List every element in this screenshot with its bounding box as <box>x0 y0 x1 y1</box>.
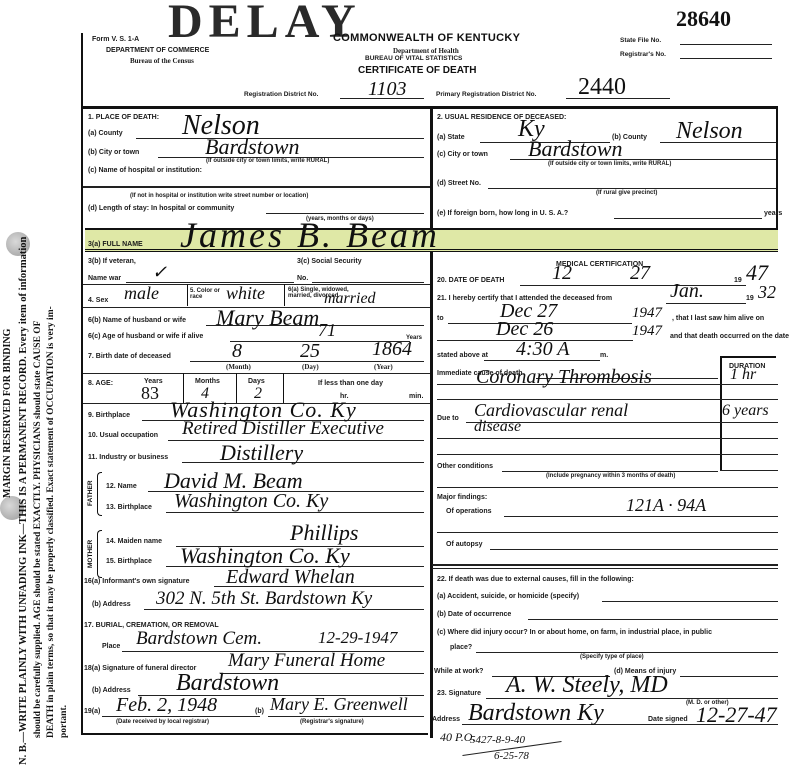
received-value[interactable]: Feb. 2, 1948 <box>116 694 217 717</box>
res-foreign-suffix: years <box>764 210 782 217</box>
age-label: 8. AGE: <box>88 380 113 387</box>
years-value[interactable]: 83 <box>141 383 159 404</box>
director-address-label: (b) Address <box>92 687 131 694</box>
duration-bottom <box>720 470 778 471</box>
father-brace <box>97 472 102 516</box>
reg-district-value[interactable]: 1103 <box>368 78 407 101</box>
mother-tag: MOTHER <box>87 540 94 568</box>
color-label: 5. Color or race <box>190 288 222 300</box>
work-label: While at work? <box>434 668 483 675</box>
margin-instruction-2: should be carefully supplied. AGE should… <box>33 321 43 739</box>
department-commerce: DEPARTMENT OF COMMERCE <box>106 47 209 54</box>
due-to-duration[interactable]: 6 years <box>722 402 769 420</box>
hospital-label: (c) Name of hospital or institution: <box>88 167 202 174</box>
res-state-label: (a) State <box>437 134 465 141</box>
other-label: Other conditions <box>437 463 493 470</box>
means-line[interactable] <box>680 676 778 677</box>
industry-value[interactable]: Distillery <box>220 440 303 466</box>
birth-label: 7. Birth date of deceased <box>88 353 171 360</box>
min-label: min. <box>409 393 423 400</box>
signature-label: 23. Signature <box>437 690 481 697</box>
file-number-stamp: 28640 <box>676 6 731 32</box>
mother-brace <box>97 530 102 578</box>
margin-binding-note: MARGIN RESERVED FOR BINDING <box>2 329 13 498</box>
occupation-label: 10. Usual occupation <box>88 432 158 439</box>
other-line[interactable] <box>502 471 718 472</box>
death-date-line <box>520 285 746 286</box>
registrar-no-field[interactable] <box>680 58 772 59</box>
father-birthplace-value[interactable]: Washington Co. Ky <box>174 490 328 513</box>
external-heading: 22. If death was due to external causes,… <box>437 576 634 583</box>
date-signed-value[interactable]: 12-27-47 <box>696 702 777 728</box>
months-label: Months <box>195 378 220 385</box>
registrar-label: (b) <box>255 708 264 715</box>
immediate-duration[interactable]: 1 hr <box>730 366 756 384</box>
due-to-label: Due to <box>437 415 459 422</box>
informant-sig-label: 16(a) Informant's own signature <box>84 578 190 585</box>
birth-day-label: (Day) <box>302 363 319 371</box>
death-city-note: (If outside city or town limits, write R… <box>206 158 329 164</box>
death-city-value[interactable]: Bardstown <box>205 134 300 160</box>
operations-label: Of operations <box>446 508 492 515</box>
reg-district-label: Registration District No. <box>244 91 318 98</box>
full-name-value[interactable]: James B. Beam <box>180 214 440 256</box>
burial-place-value[interactable]: Bardstown Cem. <box>136 628 262 650</box>
section1-divider <box>83 186 430 188</box>
bureau-census: Bureau of the Census <box>130 57 194 65</box>
occurrence-date-line[interactable] <box>528 619 778 620</box>
to-label: to <box>437 315 444 322</box>
department-health: Department of Health <box>393 47 459 55</box>
death-month[interactable]: 12 <box>552 262 572 285</box>
registrar-note: (Registrar's signature) <box>300 719 364 725</box>
war-label: Name war <box>88 275 121 282</box>
operations-line <box>504 516 778 517</box>
commonwealth-title: COMMONWEALTH OF KENTUCKY <box>333 32 520 44</box>
other-note: (Include pregnancy within 3 months of de… <box>546 473 675 479</box>
informant-sig-value[interactable]: Edward Whelan <box>226 566 355 589</box>
color-divider <box>284 284 285 306</box>
birth-year[interactable]: 1864 <box>372 338 412 361</box>
bureau-vital-statistics: BUREAU OF VITAL STATISTICS <box>365 55 462 62</box>
burial-place-label: Place <box>102 643 120 650</box>
death-year-prefix: 19 <box>734 277 742 284</box>
autopsy-line[interactable] <box>490 549 778 550</box>
sig-address-value[interactable]: Bardstown Ky <box>468 700 604 727</box>
autopsy-label: Of autopsy <box>446 541 483 548</box>
res-street-label: (d) Street No. <box>437 180 481 187</box>
time-suffix: m. <box>600 352 608 359</box>
operations-line-2 <box>437 532 778 533</box>
attended-to-year[interactable]: 1947 <box>632 305 662 322</box>
spouse-age-label: 6(c) Age of husband or wife if alive <box>88 333 203 340</box>
birth-month[interactable]: 8 <box>232 340 242 363</box>
occurrence-date-label: (b) Date of occurrence <box>437 611 511 618</box>
death-date-label: 20. DATE OF DEATH <box>437 277 504 284</box>
mother-birthplace-label: 15. Birthplace <box>106 558 152 565</box>
war-value[interactable]: ✓ <box>152 262 167 283</box>
death-city-label: (b) City or town <box>88 149 139 156</box>
res-city-value[interactable]: Bardstown <box>528 136 623 162</box>
occupation-value[interactable]: Retired Distiller Executive <box>182 418 384 440</box>
spouse-age-value[interactable]: 71 <box>318 320 336 341</box>
death-county-label: (a) County <box>88 130 123 137</box>
ss-line[interactable] <box>312 282 424 283</box>
color-value[interactable]: white <box>226 283 265 304</box>
attended-from-year-prefix: 19 <box>746 295 754 302</box>
res-foreign-line[interactable] <box>614 218 762 219</box>
medical-bottom-2 <box>432 568 778 569</box>
father-birthplace-label: 13. Birthplace <box>106 504 152 511</box>
marital-value[interactable]: married <box>324 290 376 308</box>
industry-label: 11. Industry or business <box>88 454 168 461</box>
place-note: (Specify type of place) <box>580 654 644 660</box>
attended-from-year[interactable]: 32 <box>758 282 776 303</box>
due-to-line-2 <box>437 438 778 439</box>
attended-from-line <box>666 303 746 304</box>
birth-month-label: (Month) <box>226 363 251 371</box>
registrar-value[interactable]: Mary E. Greenwell <box>270 694 408 715</box>
age-row-top <box>83 373 430 374</box>
major-label: Major findings: <box>437 494 487 501</box>
received-note: (Date received by local registrar) <box>116 719 209 725</box>
accident-label: (a) Accident, suicide, or homicide (spec… <box>437 593 579 600</box>
place-line[interactable] <box>476 652 778 653</box>
res-city-note: (If outside city or town limits, write R… <box>548 161 671 167</box>
received-label: 19(a) <box>84 708 100 715</box>
director-address-value[interactable]: Bardstown <box>176 670 279 697</box>
registrar-no-label: Registrar's No. <box>620 51 666 58</box>
margin-instruction-3: DEATH in plain terms, so that it may be … <box>46 306 56 738</box>
margin-instruction-1: N. B.—WRITE PLAINLY WITH UNFADING INK—TH… <box>18 237 29 765</box>
stated-above-label: stated above at <box>437 352 488 359</box>
where-label: (c) Where did injury occur? In or about … <box>437 629 712 636</box>
director-value[interactable]: Mary Funeral Home <box>228 650 385 672</box>
due-to-line-3 <box>437 454 778 455</box>
form-bottom-border <box>81 733 428 735</box>
sex-divider <box>187 284 188 306</box>
margin-instruction-4: portant. <box>59 705 69 738</box>
accident-line[interactable] <box>602 601 778 602</box>
hospital-note: (If not in hospital or institution write… <box>130 193 308 199</box>
less-day-label: If less than one day <box>318 380 383 387</box>
sex-label: 4. Sex <box>88 297 108 304</box>
operations-value[interactable]: 121A · 94A <box>626 495 706 516</box>
certificate-title: CERTIFICATE OF DEATH <box>358 65 477 76</box>
place-label: place? <box>450 644 472 651</box>
stay-label: (d) Length of stay: In hospital or commu… <box>88 205 234 212</box>
informant-address-value[interactable]: 302 N. 5th St. Bardstown Ky <box>156 588 372 610</box>
ss-label: 3(c) Social Security <box>297 258 362 265</box>
sig-address-label: Address <box>432 716 460 723</box>
attended-from[interactable]: Jan. <box>670 280 704 303</box>
signature-value[interactable]: A. W. Steely, MD <box>506 672 668 699</box>
burial-date-value[interactable]: 12-29-1947 <box>318 628 397 648</box>
father-tag: FATHER <box>87 480 94 506</box>
ss-no-label: No. <box>297 275 308 282</box>
form-left-border <box>81 33 83 733</box>
state-file-field[interactable] <box>680 44 772 45</box>
form-number: Form V. S. 1-A <box>92 36 139 43</box>
birth-day[interactable]: 25 <box>300 340 320 363</box>
father-name-label: 12. Name <box>106 483 137 490</box>
due-to-value-2[interactable]: disease <box>474 418 521 436</box>
death-day[interactable]: 27 <box>630 262 650 285</box>
other-line-2 <box>437 487 778 488</box>
birth-year-label: (Year) <box>374 363 393 371</box>
registrar-line <box>268 716 424 717</box>
state-file-label: State File No. <box>620 37 661 44</box>
sex-value[interactable]: male <box>124 283 159 304</box>
res-county-value[interactable]: Nelson <box>676 118 743 145</box>
form-center-divider <box>430 106 433 738</box>
place-of-death-heading: 1. PLACE OF DEATH: <box>88 114 159 121</box>
veteran-label: 3(b) If veteran, <box>88 258 136 265</box>
res-city-label: (c) City or town <box>437 151 488 158</box>
annotation-3: 6-25-78 <box>494 750 529 762</box>
time-value[interactable]: 4:30 A <box>516 338 570 361</box>
primary-district-value[interactable]: 2440 <box>578 74 626 101</box>
last-saw-label: , that I last saw him alive on <box>672 315 764 322</box>
informant-address-label: (b) Address <box>92 601 131 608</box>
birthplace-label: 9. Birthplace <box>88 412 130 419</box>
res-street-line[interactable] <box>488 188 776 189</box>
res-street-note: (If rural give precinct) <box>596 190 657 196</box>
primary-district-label: Primary Registration District No. <box>436 91 536 98</box>
res-foreign-label: (e) If foreign born, how long in U. S. A… <box>437 210 568 217</box>
immediate-value[interactable]: Coronary Thrombosis <box>476 366 652 389</box>
spouse-value[interactable]: Mary Beam <box>216 305 319 331</box>
annotation-2: 5427-8-9-40 <box>470 734 525 746</box>
full-name-label: 3(a) FULL NAME <box>88 241 143 248</box>
date-signed-label: Date signed <box>648 716 688 723</box>
last-saw-year[interactable]: 1947 <box>632 323 662 340</box>
mother-maiden-label: 14. Maiden name <box>106 538 162 545</box>
spouse-label: 6(b) Name of husband or wife <box>88 317 186 324</box>
days-label: Days <box>248 378 265 385</box>
residence-heading: 2. USUAL RESIDENCE OF DECEASED: <box>437 114 566 121</box>
medical-bottom <box>432 564 778 566</box>
death-occurred-label: and that death occurred on the date <box>670 333 789 340</box>
